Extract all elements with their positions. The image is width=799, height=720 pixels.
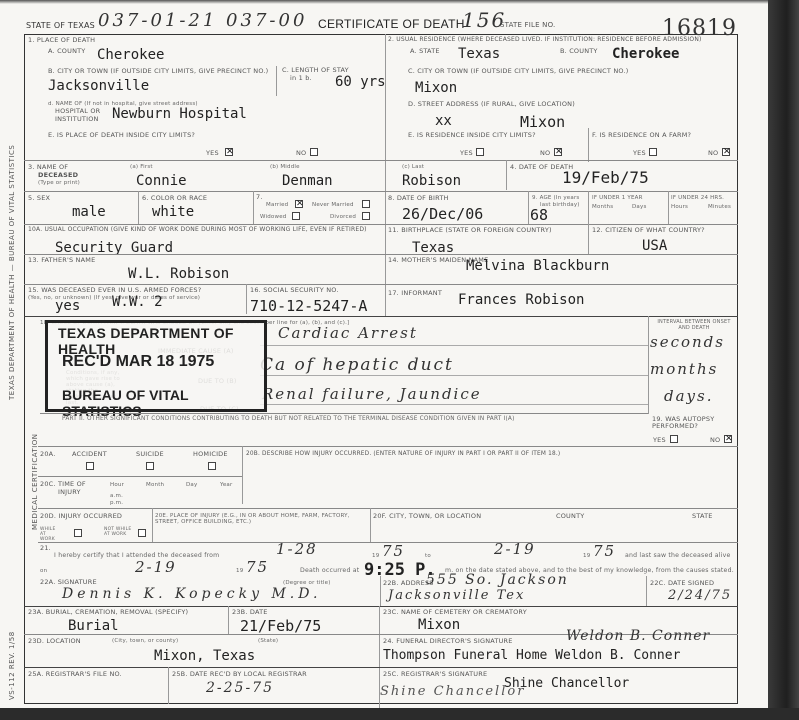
place-of-death-label: 1. PLACE OF DEATH (28, 37, 95, 44)
sex-label: 5. SEX (28, 195, 50, 202)
residence-city-label: c. CITY OR TOWN (If outside city limits,… (408, 68, 628, 75)
registrar-date-value: 2-25-75 (206, 680, 274, 696)
interval-divider (648, 316, 649, 414)
never-married-label: Never Married (312, 202, 354, 208)
divider-row-5 (24, 191, 738, 192)
residence-city-value: Mixon (415, 80, 457, 96)
marital-divider (253, 191, 254, 224)
address-divider (380, 576, 381, 606)
death-county-value: Cherokee (97, 47, 164, 63)
residence-street-label: d. STREET ADDRESS (If rural, give locati… (408, 101, 575, 108)
residence-limits-no-label: NO (540, 150, 550, 157)
residence-street-value-a: xx (435, 113, 452, 129)
usual-residence-label: 2. USUAL RESIDENCE (Where deceased lived… (388, 37, 702, 44)
race-label: 6. COLOR OR RACE (142, 195, 207, 202)
date-signed-divider (646, 576, 647, 606)
injury-label: INJURY (58, 489, 81, 496)
first-name-label: (a) First (130, 164, 153, 170)
divorced-checkbox[interactable] (362, 212, 370, 220)
stamp-bureau: BUREAU OF VITAL STATISTICS (62, 387, 264, 419)
registrar-date-divider (168, 667, 169, 704)
occupation-label: 10a. USUAL OCCUPATION (Give kind of work… (28, 227, 367, 234)
cert-from-date: 1-28 (276, 540, 318, 558)
death-occurred-label: Death occurred at (300, 568, 359, 575)
divorced-label: Divorced (330, 214, 356, 220)
injury-describe-divider (242, 446, 243, 504)
months-label: Months (592, 204, 613, 210)
divider-row-13 (24, 254, 738, 255)
farm-no-label: NO (708, 150, 718, 157)
dob-value: 26/Dec/06 (402, 205, 483, 223)
widowed-label: Widowed (260, 214, 286, 220)
divider-25 (24, 667, 738, 668)
interval-a-value: seconds (650, 333, 725, 351)
injury-county-label: COUNTY (556, 513, 584, 520)
homicide-checkbox[interactable] (208, 462, 216, 470)
cert-from-year: 75 (382, 542, 405, 560)
cert-to-date: 2-19 (494, 540, 536, 558)
cert-to-year: 75 (593, 542, 616, 560)
cert-year-prefix-to: 19 (583, 553, 590, 559)
funeral-director-label: 24. FUNERAL DIRECTOR'S SIGNATURE (383, 638, 513, 645)
date-of-death-value: 19/Feb/75 (562, 168, 649, 187)
form-revision-label: VS-112 REV. 1/58 (8, 631, 16, 700)
race-divider (138, 191, 139, 224)
part2-label: PART II. OTHER SIGNIFICANT CONDITIONS CO… (62, 416, 515, 422)
farm-no-checkbox[interactable]: ✕ (722, 148, 730, 156)
autopsy-yes-checkbox[interactable] (670, 435, 678, 443)
suicide-checkbox[interactable] (146, 462, 154, 470)
registrar-date-label: 25b. DATE REC'D BY LOCAL REGISTRAR (172, 671, 307, 678)
inside-limits-no-label: NO (296, 150, 306, 157)
injury-occurred-label: 20d. INJURY OCCURRED (40, 513, 122, 520)
hours-label: Hours (671, 204, 688, 210)
informant-label: 17. INFORMANT (388, 290, 442, 297)
not-while-at-work-checkbox[interactable] (138, 529, 146, 537)
injury-city-label: 20f. CITY, TOWN, OR LOCATION (373, 513, 481, 520)
cause-c-line (260, 404, 648, 405)
month-label: Month (146, 482, 164, 488)
registrar-signature-label: 25c. REGISTRAR'S SIGNATURE (383, 671, 487, 678)
middle-name-label: (b) Middle (270, 164, 300, 170)
length-of-stay-value: 60 yrs (335, 74, 386, 90)
ssn-divider (246, 284, 247, 314)
cert-num: 21. (40, 545, 51, 552)
registrar-file-label: 25a. REGISTRAR'S FILE NO. (28, 671, 122, 678)
burial-value: Burial (68, 618, 119, 634)
divider-row-15 (24, 284, 738, 285)
residence-limits-no-checkbox[interactable]: ✕ (554, 148, 562, 156)
registrar-typed-name: Shine Chancellor (504, 676, 629, 691)
divider-row-3 (24, 160, 738, 161)
widowed-checkbox[interactable] (292, 212, 300, 220)
age-value: 68 (530, 206, 548, 224)
cemetery-value: Mixon (418, 617, 460, 633)
war-service-value: W.W. 2 (112, 294, 163, 310)
state-of-texas-label: STATE OF TEXAS (26, 22, 95, 31)
interval-c-value: days. (664, 387, 714, 405)
residence-limits-yes-checkbox[interactable] (476, 148, 484, 156)
location-sub-state: (State) (258, 638, 278, 644)
sex-value: male (72, 204, 106, 220)
cert-year-prefix-seen: 19 (236, 568, 243, 574)
citizen-value: USA (642, 238, 667, 254)
divider-injury (38, 446, 738, 447)
cause-a-value: Cardiac Arrest (278, 324, 418, 342)
cert-seen-year: 75 (246, 558, 269, 576)
cause-a-line (260, 345, 648, 346)
received-stamp: TEXAS DEPARTMENT OF HEALTH REC'D MAR 18 … (45, 320, 267, 412)
burial-label: 23a. BURIAL, CREMATION, REMOVAL (Specify… (28, 609, 188, 616)
type-print-label: (Type or print) (38, 180, 80, 186)
accident-label: ACCIDENT (72, 451, 107, 458)
autopsy-no-checkbox[interactable]: ✕ (724, 435, 732, 443)
county-label: a. COUNTY (48, 48, 85, 55)
death-city-value: Jacksonville (48, 78, 149, 94)
certificate-title: CERTIFICATE OF DEATH (318, 17, 465, 31)
age-label: 9. AGE (In years (532, 195, 580, 201)
inside-limits-yes-label: YES (206, 150, 219, 157)
location-value: Mixon, Texas (154, 648, 255, 664)
age-divider (528, 191, 529, 224)
address-line-1: 555 So. Jackson (426, 572, 569, 588)
hospital-value: Newburn Hospital (112, 106, 247, 122)
injury-20a-num: 20a. (40, 451, 55, 458)
residence-county-label: b. COUNTY (560, 48, 598, 55)
interval-label: INTERVAL BETWEEN ONSET AND DEATH (656, 320, 732, 331)
married-label: Married (266, 202, 288, 208)
never-married-checkbox[interactable] (362, 200, 370, 208)
date-signed-label: 22c. DATE SIGNED (650, 580, 714, 587)
while-at-work-label: WHILE AT WORK (40, 528, 62, 543)
location-sub-city: (City, town, or county) (112, 638, 178, 644)
autopsy-yes-label: YES (653, 437, 666, 444)
deceased-label: DECEASED (38, 172, 78, 179)
residence-inside-limits-label: e. IS RESIDENCE INSIDE CITY LIMITS? (408, 132, 536, 139)
mother-value: Melvina Blackburn (466, 258, 609, 274)
stamp-received-date: REC'D MAR 18 1975 (62, 353, 214, 371)
father-label: 13. FATHER'S NAME (28, 257, 95, 264)
divider-20c (38, 476, 242, 477)
married-checkbox[interactable]: ✕ (295, 200, 303, 208)
cemetery-label: 23c. NAME OF CEMETERY OR CREMATORY (383, 609, 527, 616)
birthplace-label: 11. BIRTHPLACE (State or foreign country… (388, 227, 552, 234)
divider-23 (24, 606, 738, 607)
residence-county-value: Cherokee (612, 46, 679, 62)
am-label: a.m. (110, 493, 123, 499)
handwritten-code: 037-01-21 037-00 (98, 10, 307, 31)
divider-row-18 (24, 316, 738, 317)
date-signed-value: 2/24/75 (668, 588, 732, 603)
residence-limits-yes-label: YES (460, 150, 473, 157)
informant-value: Frances Robison (458, 292, 584, 308)
ssn-value: 710-12-5247-A (250, 297, 367, 315)
time-of-death-value: 9:25 P. (364, 560, 436, 580)
middle-name-value: Denman (282, 173, 333, 189)
cause-b-line (260, 375, 648, 376)
place-injury-divider (152, 508, 153, 542)
autopsy-no-label: NO (710, 437, 720, 444)
scan-bottom-edge (0, 708, 799, 720)
dob-label: 8. DATE OF BIRTH (388, 195, 449, 202)
interval-b-value: months (650, 360, 718, 378)
ssn-label: 16. SOCIAL SECURITY NO. (250, 287, 339, 294)
death-certificate: STATE OF TEXAS 037-01-21 037-00 CERTIFIC… (0, 0, 768, 708)
suicide-label: SUICIDE (136, 451, 164, 458)
farm-divider (588, 128, 589, 162)
dod-divider (506, 160, 507, 190)
accident-checkbox[interactable] (86, 462, 94, 470)
armed-forces-value: yes (55, 298, 80, 314)
not-while-at-work-label: NOT WHILE AT WORK (104, 528, 134, 538)
under-24-divider (668, 191, 669, 224)
cert-on-label: on (40, 568, 47, 574)
hour-label: Hour (110, 482, 124, 488)
funeral-home-value: Thompson Funeral Home Weldon B. Conner (383, 648, 680, 663)
divider-row-10 (24, 224, 738, 225)
residence-state-label: a. STATE (410, 48, 440, 55)
place-of-injury-label: 20e. PLACE OF INJURY (e.g., in or about … (155, 513, 370, 525)
burial-date-label: 23b. DATE (232, 609, 268, 616)
department-side-label: TEXAS DEPARTMENT OF HEALTH — BUREAU OF V… (8, 145, 16, 400)
year-label: Year (220, 482, 232, 488)
describe-injury-label: 20b. DESCRIBE HOW INJURY OCCURRED. (Ente… (246, 451, 560, 457)
farm-yes-label: YES (633, 150, 646, 157)
day-label: Day (186, 482, 197, 488)
scan-right-edge (768, 0, 799, 720)
inside-limits-label: e. IS PLACE OF DEATH INSIDE CITY LIMITS? (48, 132, 195, 139)
under-24-label: IF UNDER 24 HRS. (671, 195, 724, 201)
physician-signature: Dennis K. Kopecky M.D. (62, 586, 321, 602)
first-name-value: Connie (136, 173, 187, 189)
cert-seen-date: 2-19 (135, 558, 177, 576)
length-of-stay-sub: in 1 b. (290, 75, 312, 82)
race-value: white (152, 204, 194, 220)
state-file-label: STATE FILE NO. (500, 22, 555, 30)
father-value: W.L. Robison (128, 266, 229, 282)
under-year-divider (588, 191, 589, 224)
citizen-divider (588, 224, 589, 254)
under-year-label: IF UNDER 1 YEAR (592, 195, 643, 201)
divider-part2 (40, 413, 648, 414)
minutes-label: Minutes (708, 204, 731, 210)
cert-text-2: and last saw the deceased alive (625, 553, 730, 560)
citizen-label: 12. CITIZEN OF WHAT COUNTRY? (592, 227, 705, 234)
divider-20d (38, 508, 738, 509)
days-label: Days (632, 204, 647, 210)
while-at-work-checkbox[interactable] (74, 529, 82, 537)
cause-b-value: Ca of hepatic duct (260, 355, 454, 375)
burial-date-value: 21/Feb/75 (240, 617, 321, 635)
city-label: b. CITY OR TOWN (If outside city limits,… (48, 68, 268, 75)
cert-to-label: to (425, 553, 431, 559)
inside-limits-no-checkbox[interactable] (310, 148, 318, 156)
autopsy-label: 19. WAS AUTOPSY PERFORMED? (652, 416, 732, 430)
marital-num: 7. (256, 194, 263, 201)
pm-label: p.m. (110, 500, 123, 506)
residence-street-value-b: Mixon (520, 113, 565, 131)
stay-divider (276, 66, 277, 96)
injury-city-divider (370, 508, 371, 542)
medical-certification-label: MEDICAL CERTIFICATION (31, 433, 39, 530)
cert-year-prefix-from: 19 (372, 553, 379, 559)
institution-label: INSTITUTION (55, 116, 99, 123)
burial-date-divider (228, 606, 229, 634)
address-line-2: Jacksonville Tex (388, 588, 525, 603)
location-label: 23d. LOCATION (28, 638, 81, 645)
cause-c-value: Renal failure, Jaundice (262, 385, 482, 403)
last-name-label: (c) Last (402, 164, 424, 170)
scan-top-edge (0, 0, 799, 4)
residence-farm-label: f. IS RESIDENCE ON A FARM? (592, 132, 691, 139)
injury-state-label: STATE (692, 513, 713, 520)
residence-state-value: Texas (458, 46, 500, 62)
funeral-director-signature: Weldon B. Conner (566, 628, 710, 644)
last-name-value: Robison (402, 173, 461, 189)
farm-yes-checkbox[interactable] (649, 148, 657, 156)
homicide-label: HOMICIDE (193, 451, 228, 458)
inside-limits-yes-checkbox[interactable]: ✕ (225, 148, 233, 156)
